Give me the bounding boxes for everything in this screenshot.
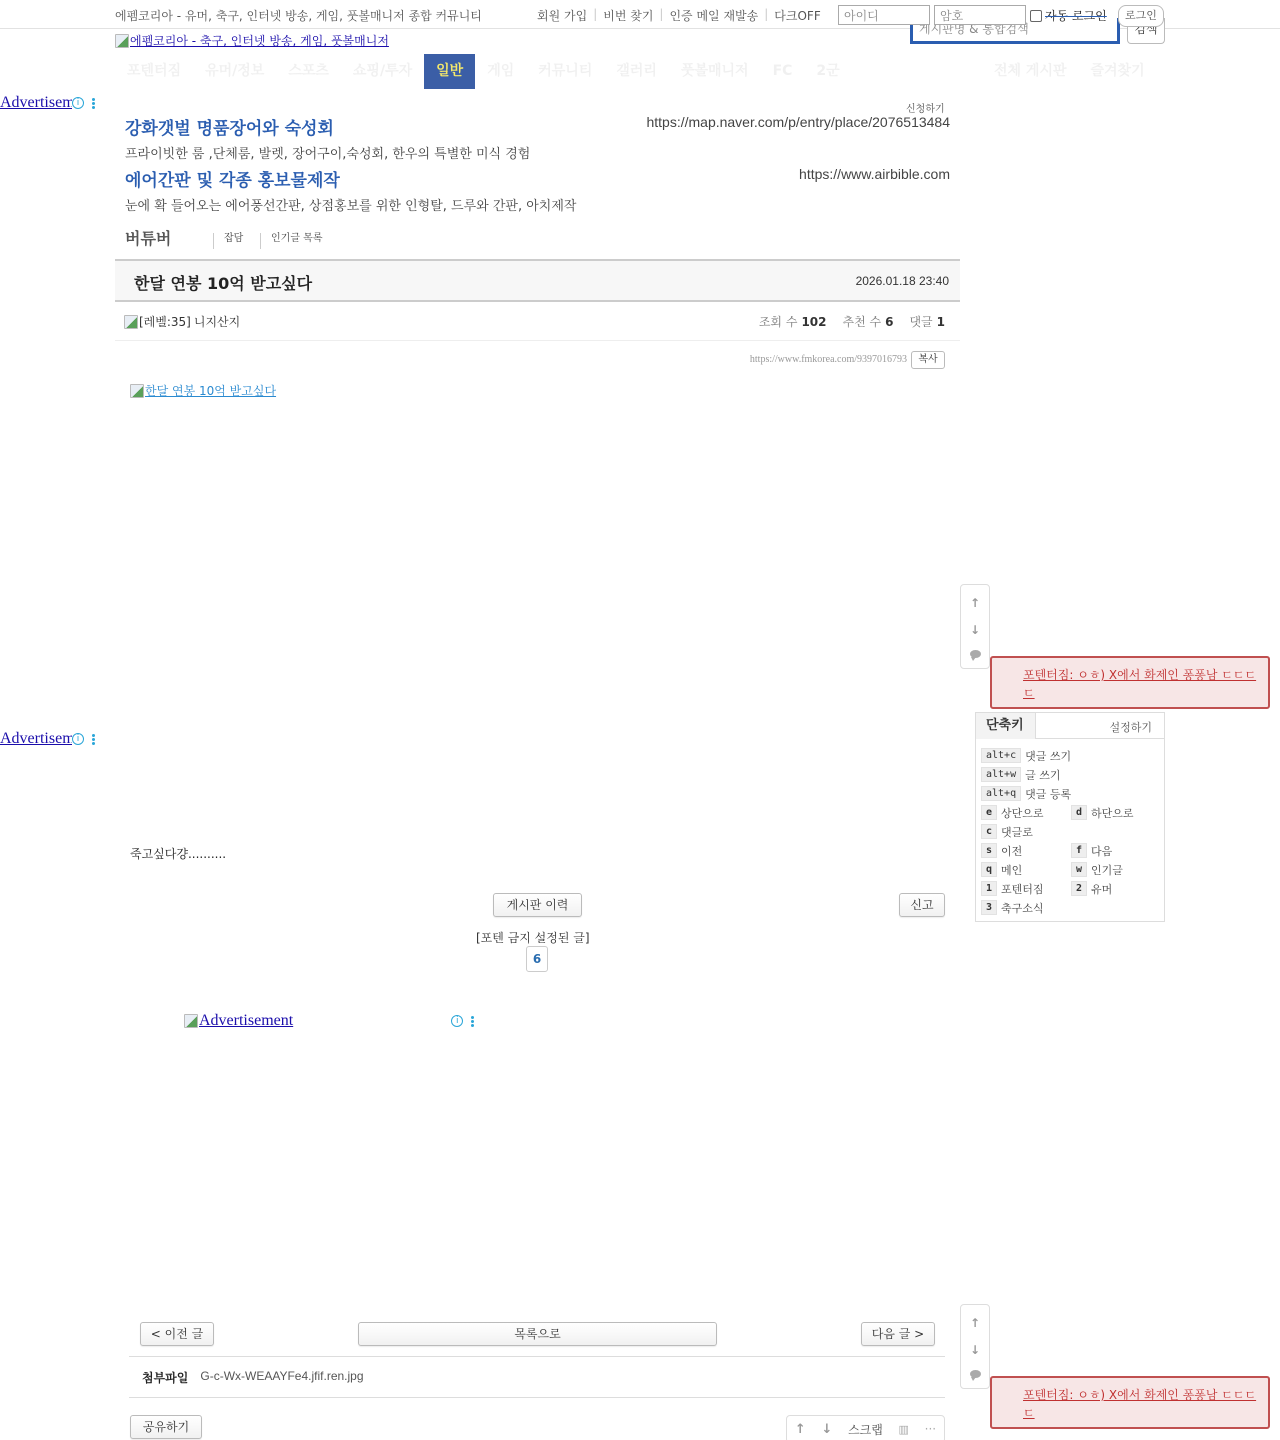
- signup-link[interactable]: 회원 가입: [537, 7, 587, 24]
- shortcut-item: d하단으로: [1071, 805, 1161, 821]
- shortcut-label: 댓글 등록: [1025, 786, 1071, 802]
- post-date: 2026.01.18 23:40: [856, 274, 949, 288]
- shortcut-row: alt+c댓글 쓰기: [981, 746, 1161, 765]
- shortcut-row: e상단으로d하단으로: [981, 803, 1161, 822]
- id-input[interactable]: 아이디: [838, 5, 930, 25]
- info-icon[interactable]: i: [72, 97, 84, 109]
- scrap-button[interactable]: 스크랩: [848, 1421, 883, 1438]
- report-button[interactable]: 신고: [899, 893, 945, 917]
- shortcut-key: alt+c: [981, 748, 1021, 763]
- vertical-dots-icon[interactable]: [92, 97, 96, 110]
- shortcut-row: alt+w글 쓰기: [981, 765, 1161, 784]
- logo-link[interactable]: 에펨코리아 - 축구, 인터넷 방송, 게임, 풋볼매니저: [130, 32, 389, 49]
- shortcut-key: e: [981, 805, 997, 820]
- post-body: 죽고싶다걍..........: [130, 845, 226, 862]
- stat-label: 댓글: [909, 315, 932, 329]
- notice-link[interactable]: 포텐터짐: ㅇㅎ) X에서 화제인 퐁퐁남 ㄷㄷㄷㄷ: [1023, 1388, 1256, 1420]
- scroll-top-icon[interactable]: ↑: [970, 596, 980, 610]
- scroll-top-icon[interactable]: ↑: [970, 1316, 980, 1330]
- ad-link[interactable]: Advertisement: [0, 94, 72, 112]
- shortcut-key: 1: [981, 881, 997, 896]
- ad-url[interactable]: https://www.airbible.com: [799, 166, 950, 182]
- post-stat: 추천 수6: [843, 313, 894, 330]
- shortcut-row: alt+q댓글 등록: [981, 784, 1161, 803]
- find-password-link[interactable]: 비번 찾기: [603, 7, 653, 24]
- board-history-button[interactable]: 게시판 이력: [493, 893, 582, 917]
- shortcut-key: 3: [981, 900, 997, 915]
- text-ad[interactable]: 에어간판 및 각종 홍보물제작 눈에 확 들어오는 에어풍선간판, 상점홍보를 …: [125, 166, 950, 214]
- board-link-popular[interactable]: 인기글 목록: [260, 233, 322, 249]
- post-meta: [레벨:35] 니지산지 조회 수102추천 수6댓글1: [115, 302, 960, 341]
- comment-icon[interactable]: [970, 1370, 981, 1378]
- board-link-chat[interactable]: 잡담: [213, 233, 243, 249]
- down-arrow-icon[interactable]: ↓: [821, 1422, 832, 1437]
- shortcut-item: alt+w글 쓰기: [981, 767, 1075, 783]
- shortcut-label: 댓글 쓰기: [1025, 748, 1071, 764]
- shortcut-item: c댓글로: [981, 824, 1075, 840]
- login-button[interactable]: 로그인: [1118, 5, 1164, 27]
- nav-item[interactable]: 포텐터짐: [115, 54, 193, 89]
- nav-item[interactable]: 스포츠: [276, 54, 341, 89]
- divider: [129, 1397, 945, 1398]
- comment-icon[interactable]: [970, 650, 981, 658]
- shortcut-row: 1포텐터짐2유머: [981, 879, 1161, 898]
- board-name[interactable]: 버튜버: [125, 226, 171, 249]
- info-icon[interactable]: i: [451, 1015, 463, 1027]
- copy-link-button[interactable]: 복사: [911, 351, 945, 369]
- shortcut-label: 인기글: [1091, 862, 1123, 878]
- ad-description: 눈에 확 들어오는 에어풍선간판, 상점홍보를 위한 인형탈, 드루와 간판, …: [125, 195, 950, 214]
- shortcut-key: alt+q: [981, 786, 1021, 801]
- shortcut-row: q메인w인기글: [981, 860, 1161, 879]
- shortcut-label: 유머: [1091, 881, 1112, 897]
- ad-link[interactable]: Advertisement: [199, 1012, 293, 1030]
- post-title: 한달 연봉 10억 받고싶다: [134, 271, 312, 294]
- shortcut-row: s이전f다음: [981, 841, 1161, 860]
- nav-item[interactable]: 갤러리: [604, 54, 669, 89]
- author-name[interactable]: 니지산지: [194, 313, 240, 330]
- shortcut-item: s이전: [981, 843, 1071, 859]
- shortcut-label: 축구소식: [1001, 900, 1044, 916]
- ad-url[interactable]: https://map.naver.com/p/entry/place/2076…: [646, 114, 950, 130]
- shortcut-key: s: [981, 843, 997, 858]
- author[interactable]: [레벨:35] 니지산지: [124, 313, 240, 330]
- side-ad[interactable]: Advertisement i: [0, 730, 96, 748]
- info-icon[interactable]: i: [72, 733, 84, 745]
- shortcut-row: c댓글로: [981, 822, 1161, 841]
- main-nav: 포텐터짐유머/정보스포츠쇼핑/투자일반게임커뮤니티갤러리풋볼매니저FC2군: [115, 54, 852, 89]
- shortcut-item: alt+q댓글 등록: [981, 786, 1075, 802]
- stat-label: 추천 수: [843, 315, 882, 329]
- nav-item[interactable]: 2군: [804, 54, 851, 89]
- resend-email-link[interactable]: 인증 메일 재발송: [669, 7, 758, 24]
- level-icon: [124, 315, 138, 329]
- shortcut-item: alt+c댓글 쓰기: [981, 748, 1075, 764]
- vote-count[interactable]: 6: [526, 946, 548, 972]
- stat-label: 조회 수: [759, 315, 798, 329]
- shortcut-item: f다음: [1071, 843, 1161, 859]
- attachment-row: 첨부파일 G-c-Wx-WEAAYFe4.jfif.ren.jpg: [142, 1369, 364, 1386]
- shortcut-item: e상단으로: [981, 805, 1071, 821]
- divider: |: [764, 7, 768, 24]
- nav-right: 전체 게시판즐겨찾기: [982, 54, 1157, 89]
- text-ad[interactable]: 강화갯벌 명품장어와 숙성회 프라이빗한 룸 ,단체룸, 발렛, 장어구이,숙성…: [125, 114, 950, 162]
- nav-item[interactable]: 풋볼매니저: [669, 54, 761, 89]
- shortcut-item: w인기글: [1071, 862, 1161, 878]
- bar-chart-icon[interactable]: ▥: [899, 1423, 909, 1436]
- stat-value: 102: [801, 315, 826, 329]
- ad-link[interactable]: Advertisement: [0, 730, 72, 748]
- auto-login-checkbox[interactable]: 자동 로그인: [1030, 7, 1107, 24]
- attachment-file[interactable]: G-c-Wx-WEAAYFe4.jfif.ren.jpg: [200, 1369, 363, 1386]
- shortcut-label: 댓글로: [1001, 824, 1033, 840]
- shortcut-item: q메인: [981, 862, 1071, 878]
- divider: |: [593, 7, 597, 24]
- shortcut-row: 3축구소식: [981, 898, 1161, 917]
- potential-notice[interactable]: 포텐터짐: ㅇㅎ) X에서 화제인 퐁퐁남 ㄷㄷㄷㄷ: [990, 1376, 1270, 1429]
- dark-mode-toggle[interactable]: 다크OFF: [774, 7, 820, 24]
- scroll-bottom-icon[interactable]: ↓: [970, 623, 980, 637]
- shortcut-key: w: [1071, 862, 1087, 877]
- shortcut-panel: 단축키 설정하기 alt+c댓글 쓰기alt+w글 쓰기alt+q댓글 등록e상…: [975, 712, 1165, 922]
- shortcut-list: alt+c댓글 쓰기alt+w글 쓰기alt+q댓글 등록e상단으로d하단으로c…: [981, 746, 1161, 917]
- shortcut-key: f: [1071, 843, 1087, 858]
- divider: |: [659, 7, 663, 24]
- ad-apply-link[interactable]: 신청하기: [906, 100, 945, 115]
- back-to-list-button[interactable]: 목록으로: [358, 1322, 717, 1346]
- post-stats: 조회 수102추천 수6댓글1: [759, 313, 945, 330]
- ad-description: 프라이빗한 룸 ,단체룸, 발렛, 장어구이,숙성회, 한우의 특별한 미식 경…: [125, 143, 950, 162]
- shortcut-key: 2: [1071, 881, 1087, 896]
- up-arrow-icon[interactable]: ↑: [795, 1422, 806, 1437]
- shortcut-label: 상단으로: [1001, 805, 1044, 821]
- shortcut-item: 2유머: [1071, 881, 1161, 897]
- shortcut-key: alt+w: [981, 767, 1021, 782]
- broken-image-icon: [184, 1014, 198, 1028]
- shortcut-item: 1포텐터짐: [981, 881, 1071, 897]
- top-bar: 에펨코리아 - 유머, 축구, 인터넷 방송, 게임, 풋볼매니저 종합 커뮤니…: [0, 0, 1280, 29]
- shortcut-label: 이전: [1001, 843, 1022, 859]
- post-image-link[interactable]: 한달 연봉 10억 받고싶다: [145, 382, 276, 399]
- post-stat: 댓글1: [909, 313, 945, 330]
- shortcut-title[interactable]: 단축키: [976, 713, 1036, 739]
- potential-notice[interactable]: 포텐터짐: ㅇㅎ) X에서 화제인 퐁퐁남 ㄷㄷㄷㄷ: [990, 656, 1270, 709]
- shortcut-label: 포텐터짐: [1001, 881, 1044, 897]
- nav-right-item[interactable]: 전체 게시판: [982, 54, 1079, 89]
- shortcut-label: 메인: [1001, 862, 1022, 878]
- shortcut-item: 3축구소식: [981, 900, 1075, 916]
- author-level: [레벨:35]: [139, 313, 191, 330]
- bottom-ad[interactable]: Advertisement i: [184, 1012, 484, 1030]
- scroll-bottom-icon[interactable]: ↓: [970, 1343, 980, 1357]
- nav-item[interactable]: 커뮤니티: [526, 54, 604, 89]
- vertical-dots-icon[interactable]: [92, 733, 96, 746]
- auto-login-label: 자동 로그인: [1045, 7, 1107, 24]
- stat-value: 6: [885, 315, 893, 329]
- nav-item[interactable]: FC: [761, 54, 805, 89]
- attachment-label: 첨부파일: [142, 1369, 188, 1386]
- next-post-button[interactable]: 다음 글 >: [861, 1322, 935, 1346]
- prev-post-button[interactable]: < 이전 글: [140, 1322, 214, 1346]
- floating-nav: ↑ ↓: [960, 1304, 990, 1389]
- shortcut-label: 글 쓰기: [1025, 767, 1060, 783]
- site-logo[interactable]: 에펨코리아 - 축구, 인터넷 방송, 게임, 풋볼매니저: [115, 32, 389, 49]
- stat-value: 1: [937, 315, 945, 329]
- notice-link[interactable]: 포텐터짐: ㅇㅎ) X에서 화제인 퐁퐁남 ㄷㄷㄷㄷ: [1023, 668, 1256, 700]
- post-image[interactable]: 한달 연봉 10억 받고싶다: [130, 382, 276, 399]
- broken-image-icon: [130, 384, 144, 398]
- shortcut-settings-link[interactable]: 설정하기: [1109, 719, 1152, 735]
- shortcut-label: 하단으로: [1091, 805, 1134, 821]
- nav-right-item[interactable]: 즐겨찾기: [1079, 54, 1157, 89]
- nav-item[interactable]: 게임: [475, 54, 526, 89]
- account-links: 회원 가입| 비번 찾기| 인증 메일 재발송| 다크OFF: [537, 7, 821, 24]
- post-stat: 조회 수102: [759, 313, 827, 330]
- shortcut-key: q: [981, 862, 997, 877]
- banned-label: [포텐 금지 설정된 글]: [476, 929, 590, 946]
- floating-nav: ↑ ↓: [960, 584, 990, 669]
- vertical-dots-icon[interactable]: [471, 1015, 475, 1028]
- shortcut-label: 다음: [1091, 843, 1112, 859]
- shortcut-key: c: [981, 824, 997, 839]
- post-permalink[interactable]: https://www.fmkorea.com/9397016793: [750, 354, 907, 365]
- divider: [129, 1356, 945, 1357]
- post-action-bar: ↑ ↓ 스크랩 ▥ ···: [786, 1415, 945, 1440]
- share-button[interactable]: 공유하기: [130, 1415, 202, 1439]
- nav-item[interactable]: 쇼핑/투자: [341, 54, 424, 89]
- post-header: 한달 연봉 10억 받고싶다 2026.01.18 23:40: [115, 259, 960, 302]
- more-icon[interactable]: ···: [925, 1422, 936, 1436]
- site-description: 에펨코리아 - 유머, 축구, 인터넷 방송, 게임, 풋볼매니저 종합 커뮤니…: [115, 7, 482, 24]
- shortcut-key: d: [1071, 805, 1087, 820]
- broken-image-icon: [115, 34, 129, 48]
- shortcut-header: 단축키 설정하기: [976, 713, 1164, 739]
- checkbox-icon[interactable]: [1030, 10, 1042, 22]
- nav-item[interactable]: 일반: [424, 54, 475, 89]
- password-input[interactable]: 암호: [934, 5, 1026, 25]
- nav-item[interactable]: 유머/정보: [193, 54, 276, 89]
- side-ad[interactable]: Advertisement i: [0, 94, 96, 112]
